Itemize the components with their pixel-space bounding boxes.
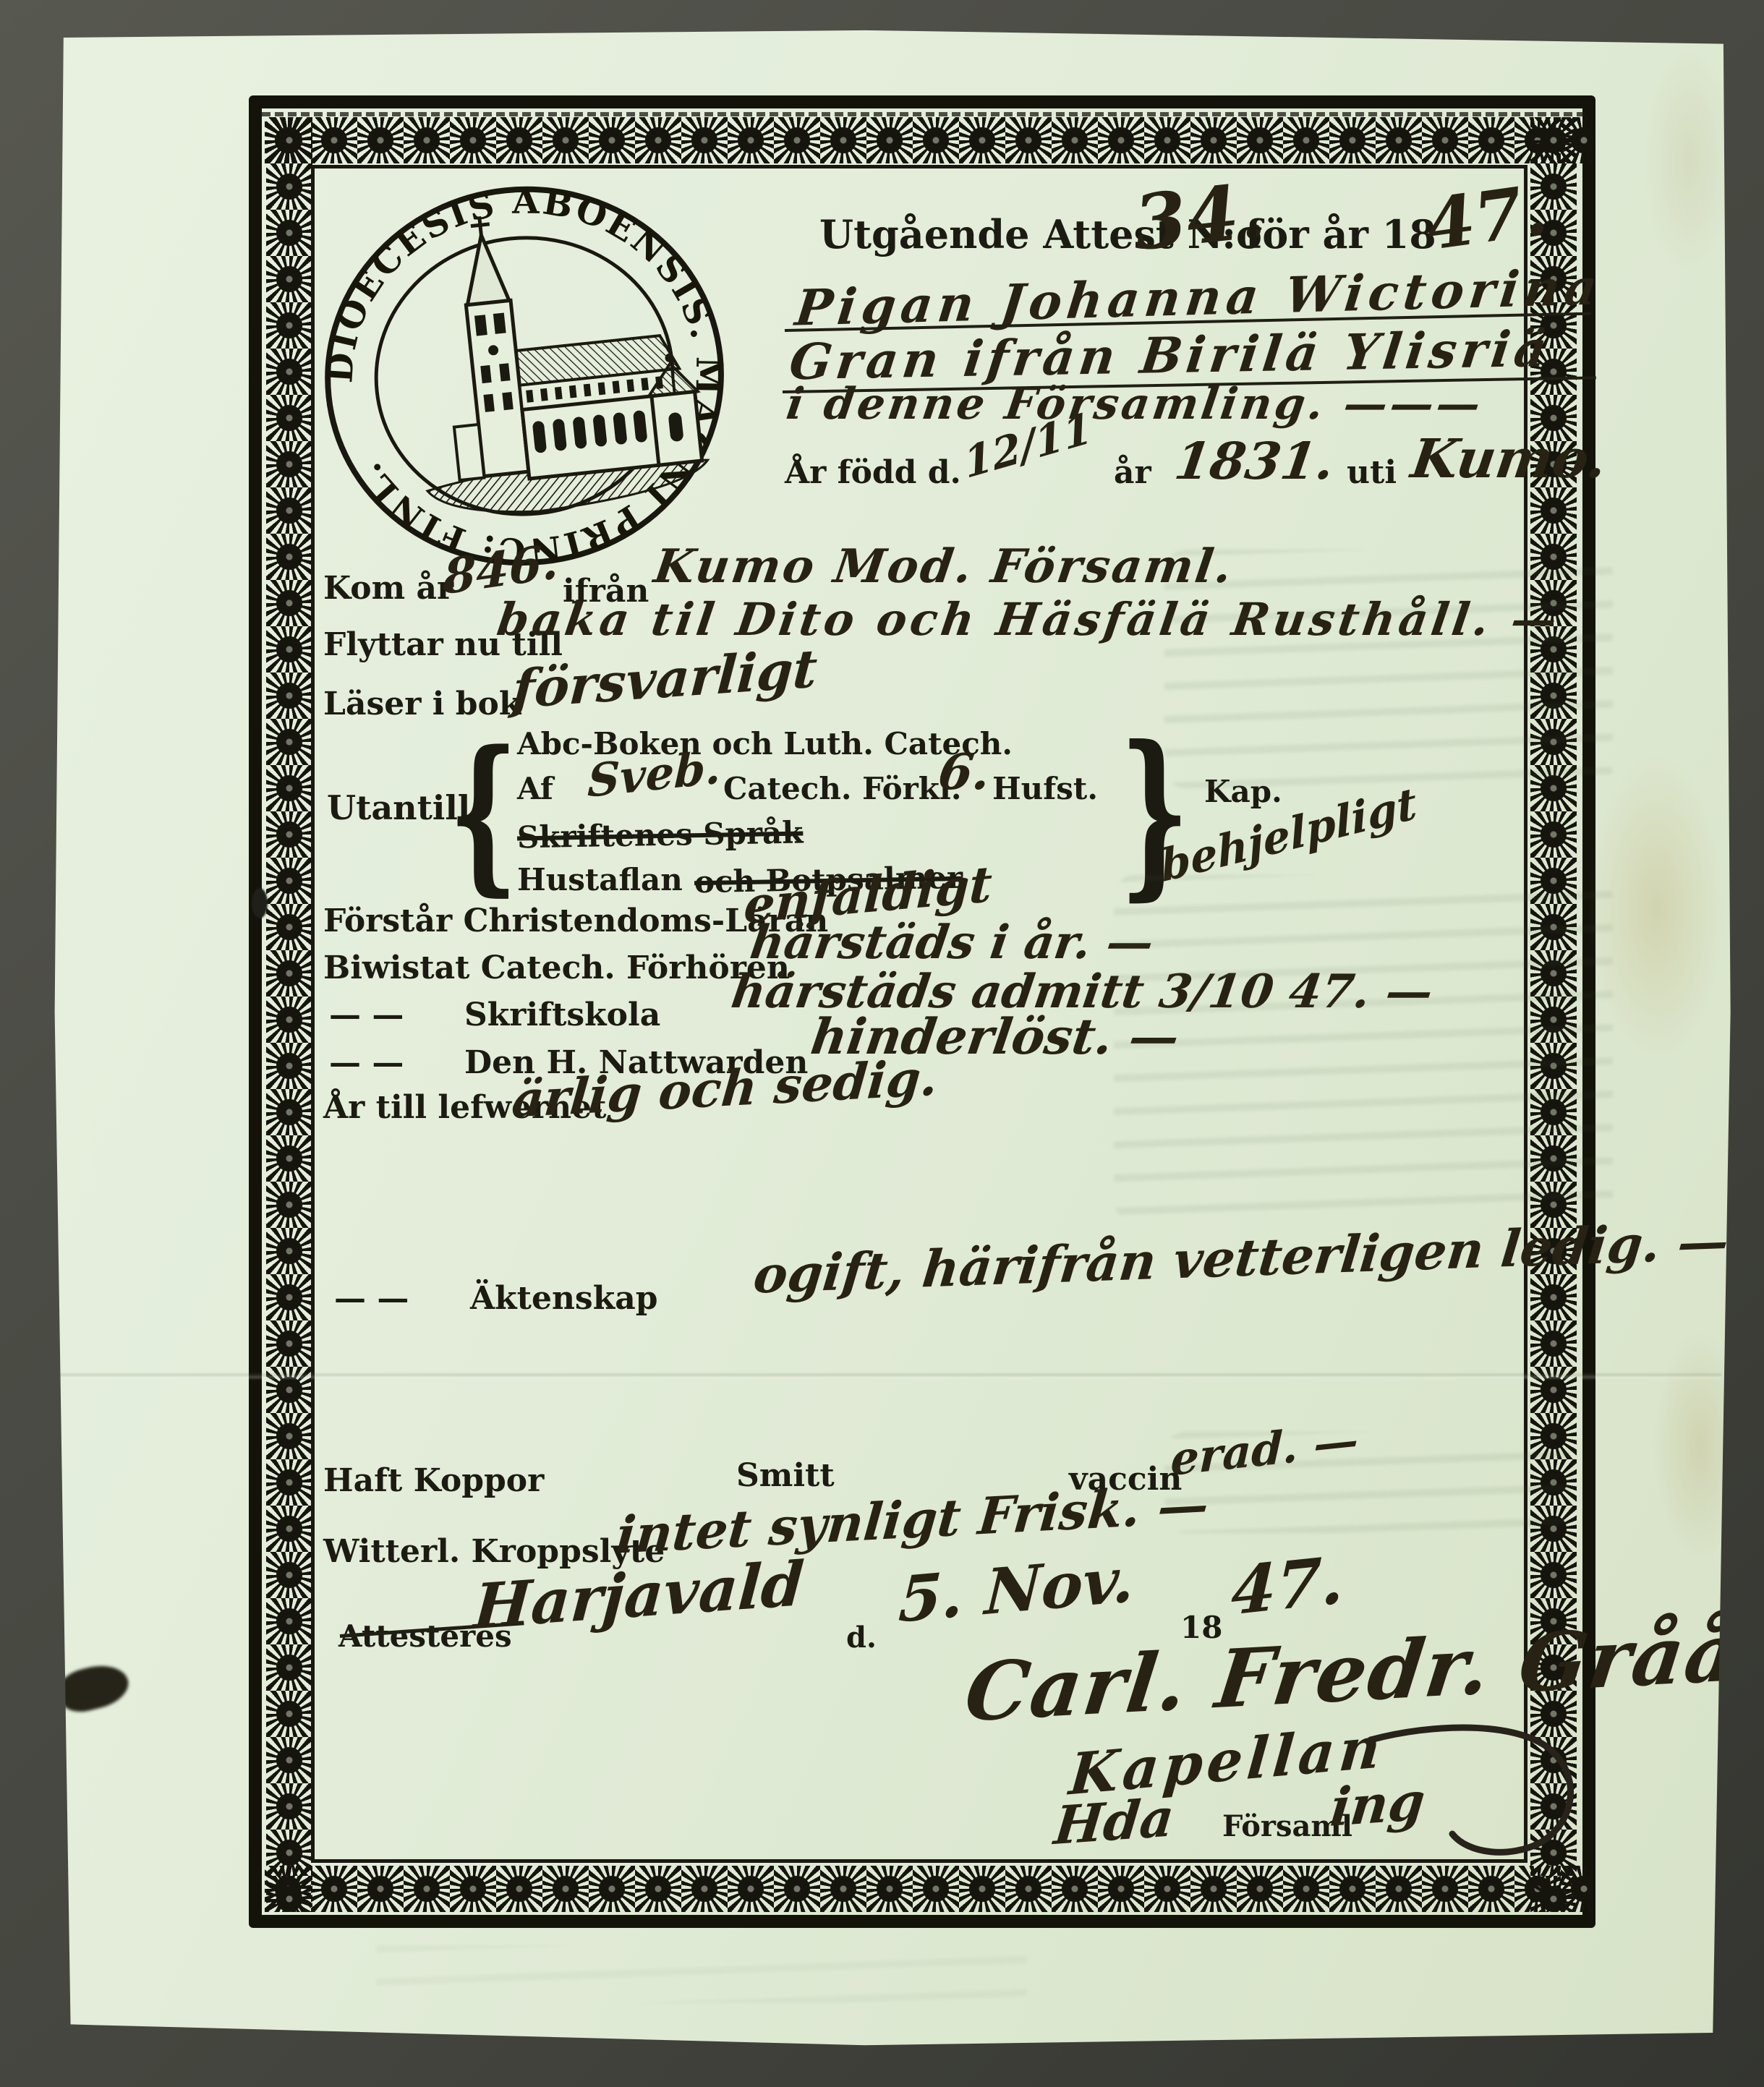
paper-stain xyxy=(1653,1331,1747,1562)
kom-from-value: Kumo Mod. Församl. xyxy=(651,539,1237,594)
attest-year-hw: 47. xyxy=(1230,1541,1345,1630)
paper-stain xyxy=(1642,43,1736,275)
attest-year-label: för år 18 xyxy=(1245,211,1436,257)
aktenskap-label: Äktenskap xyxy=(470,1280,657,1317)
bleedthrough-text xyxy=(1164,1432,1569,1533)
born-label: År född d. xyxy=(785,454,961,491)
paper-stain xyxy=(1588,752,1725,1063)
diocese-seal: DIOECESIS ABOENSIS. MAGNI PRINC: FINL. xyxy=(287,146,762,605)
nattward-dash: — — xyxy=(329,1044,404,1081)
frame-dash-line xyxy=(262,112,1585,116)
church-engraving-icon: DIOECESIS ABOENSIS. MAGNI PRINC: FINL. xyxy=(287,146,762,605)
smitt-label: Smitt xyxy=(736,1457,835,1494)
signature-flourish xyxy=(1367,1720,1584,1864)
photograph-background: DIOECESIS ABOENSIS. MAGNI PRINC: FINL. xyxy=(0,0,1764,2087)
rosette-border-top xyxy=(265,117,1593,163)
koppor-label: Haft Koppor xyxy=(323,1462,544,1499)
attest-d-label: d. xyxy=(846,1621,877,1655)
person-parish-line: i denne Församling. ——— xyxy=(783,379,1486,430)
utantill-af-label: Af xyxy=(517,771,553,806)
bleedthrough-text xyxy=(1114,875,1613,1222)
bleedthrough-text xyxy=(376,1945,1027,2003)
ink-smudge xyxy=(55,1659,132,1717)
born-place-value: Kumo. xyxy=(1407,428,1611,490)
aktenskap-dash: — — xyxy=(334,1280,409,1317)
born-uti-label: uti xyxy=(1347,454,1397,491)
utantill-brace-open: { xyxy=(448,714,518,912)
biwistat-value: härstäds i år. — xyxy=(747,916,1157,970)
fold-crease xyxy=(51,1373,1721,1380)
ink-speck xyxy=(252,888,268,918)
signature-parish-hw: Hda xyxy=(1052,1786,1177,1856)
born-year-label: år xyxy=(1114,454,1151,491)
skriftskola-label: Skriftskola xyxy=(464,996,660,1033)
utantill-item3-struck: Skriftenes Språk xyxy=(517,815,804,855)
utantill-mid-label: Catech. Förkl. xyxy=(723,771,961,806)
certificate-paper: DIOECESIS ABOENSIS. MAGNI PRINC: FINL. xyxy=(0,0,1764,2087)
rosette-border-bottom xyxy=(265,1866,1593,1912)
biwistat-label: Biwistat Catech. Förhören xyxy=(323,949,790,986)
utantill-end-label: Hufst. xyxy=(992,771,1098,806)
born-year-value: 1831. xyxy=(1171,431,1338,491)
utantill-num-value: 6. xyxy=(934,743,994,801)
rosette-border-left xyxy=(266,117,312,1912)
bleedthrough-text xyxy=(1164,550,1613,788)
utantill-item4: Hustaflan xyxy=(517,862,683,897)
kom-label: Kom år xyxy=(323,570,453,607)
skriftskola-dash: — — xyxy=(329,996,404,1033)
attest-year-value: 47. xyxy=(1421,168,1552,266)
